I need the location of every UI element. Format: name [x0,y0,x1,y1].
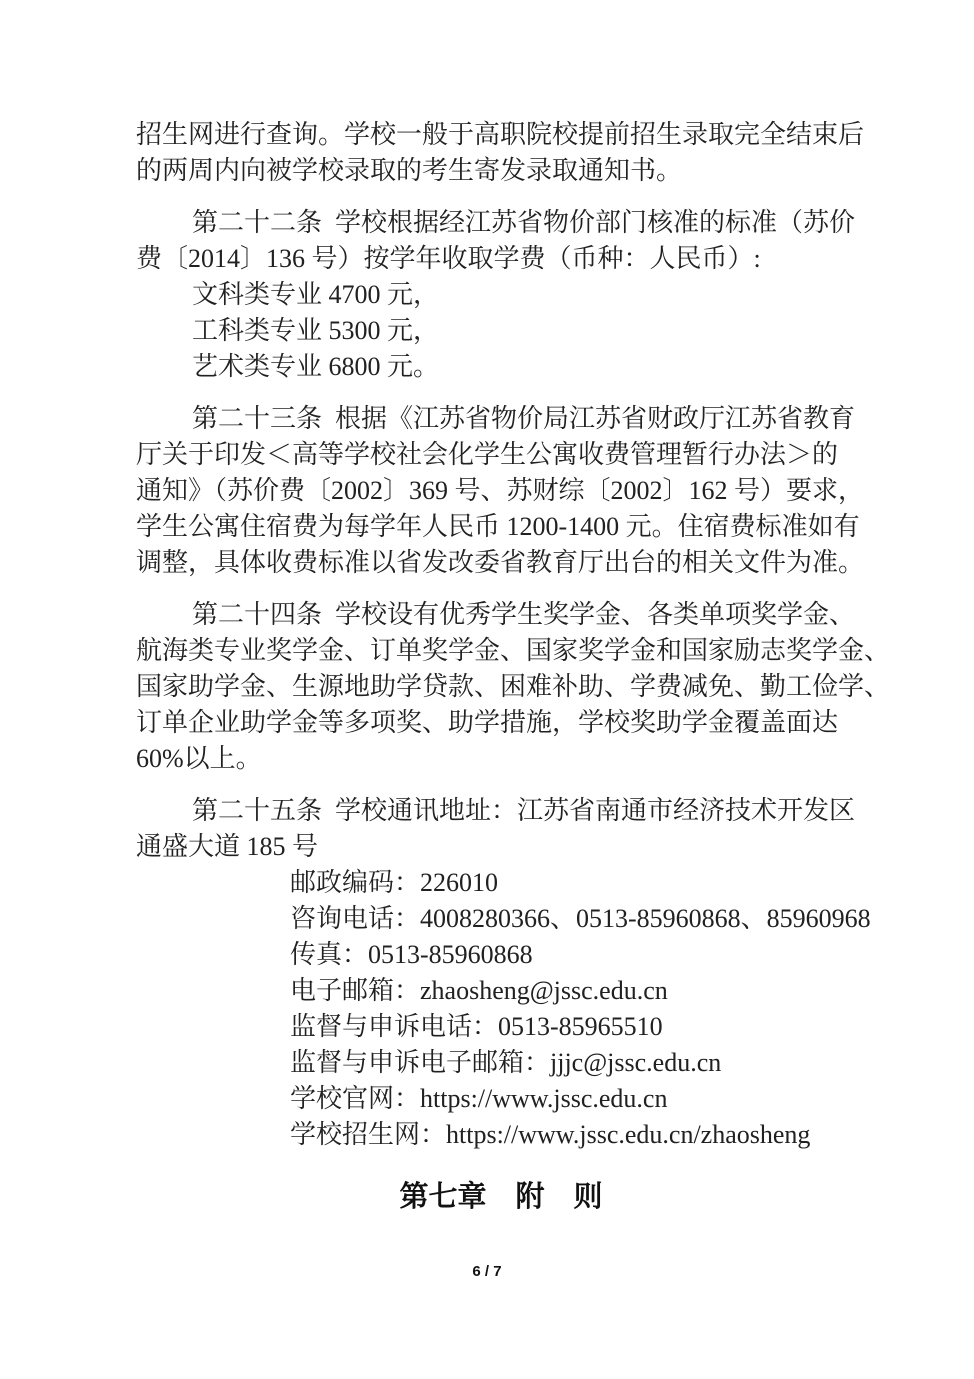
article-25-line: 通盛大道 185 号 [136,829,866,865]
article-23-line: 通知》（苏价费〔2002〕369 号、苏财综〔2002〕162 号）要求， [136,473,866,509]
article-22-line: 费〔2014〕136 号）按学年收取学费（币种：人民币）: [136,241,866,277]
article-23-line: 调整，具体收费标准以省发改委省教育厅出台的相关文件为准。 [136,545,866,581]
contact-phone: 咨询电话：4008280366、0513-85960868、85960968 [136,901,866,937]
tuition-item-arts: 艺术类专业 6800 元。 [136,349,866,385]
article-23-line: 第二十三条 根据《江苏省物价局江苏省财政厅江苏省教育 [136,401,866,437]
article-24-line: 航海类专业奖学金、订单奖学金、国家奖学金和国家励志奖学金、 [136,633,866,669]
article-23-line: 厅关于印发＜高等学校社会化学生公寓收费管理暂行办法＞的 [136,437,866,473]
article-24-line: 第二十四条 学校设有优秀学生奖学金、各类单项奖学金、 [136,597,866,633]
chapter-heading: 第七章 附 则 [136,1176,866,1218]
tuition-item-engineering: 工科类专业 5300 元， [136,313,866,349]
tuition-item-liberal-arts: 文科类专业 4700 元， [136,277,866,313]
contact-fax: 传真：0513-85960868 [136,937,866,973]
contact-official-website: 学校官网：https://www.jssc.edu.cn [136,1081,866,1117]
doc-line: 的两周内向被学校录取的考生寄发录取通知书。 [136,153,866,189]
article-25-line: 第二十五条 学校通讯地址：江苏省南通市经济技术开发区 [136,793,866,829]
contact-email: 电子邮箱：zhaosheng@jssc.edu.cn [136,973,866,1009]
contact-postal-code: 邮政编码：226010 [136,865,866,901]
article-24-line: 60%以上。 [136,741,866,777]
article-23-line: 学生公寓住宿费为每学年人民币 1200-1400 元。住宿费标准如有 [136,509,866,545]
article-24-line: 国家助学金、生源地助学贷款、困难补助、学费减免、勤工俭学、 [136,669,866,705]
contact-admissions-website: 学校招生网：https://www.jssc.edu.cn/zhaosheng [136,1117,866,1153]
document-page: 招生网进行查询。学校一般于高职院校提前招生录取完全结束后 的两周内向被学校录取的… [0,0,974,1379]
article-24-line: 订单企业助学金等多项奖、助学措施，学校奖助学金覆盖面达 [136,705,866,741]
doc-line: 招生网进行查询。学校一般于高职院校提前招生录取完全结束后 [136,117,866,153]
contact-supervision-phone: 监督与申诉电话：0513-85965510 [136,1009,866,1045]
contact-supervision-email: 监督与申诉电子邮箱：jjjc@jssc.edu.cn [136,1045,866,1081]
article-22-line: 第二十二条 学校根据经江苏省物价部门核准的标准（苏价 [136,205,866,241]
document-body: 招生网进行查询。学校一般于高职院校提前招生录取完全结束后 的两周内向被学校录取的… [136,0,866,1218]
page-number: 6 / 7 [0,1262,974,1282]
